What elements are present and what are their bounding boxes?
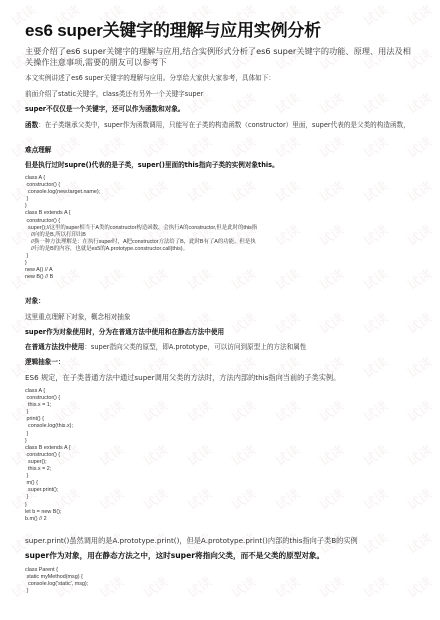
code-line: } (25, 473, 285, 480)
code-line: b.m() // 2 (25, 516, 285, 523)
watermark-text: 试读 (403, 0, 435, 30)
static-keyword-paragraph: 前面介绍了static关键字，class类还有另外一个关键字super (25, 89, 415, 99)
code-line: class B extends A { (25, 445, 285, 452)
code-line: } (25, 438, 285, 445)
code-line: } (25, 203, 285, 210)
watermark-text: 试读 (315, 395, 347, 425)
code-line: class A { (25, 175, 285, 182)
function-body: ：在子类继承父类中，super作为函数调用，只能写在子类的构造函数（constr… (38, 121, 410, 129)
watermark-text: 试读 (359, 571, 391, 601)
watermark-text: 试读 (315, 571, 347, 601)
function-lead: 函数 (25, 121, 38, 129)
watermark-text: 试读 (315, 439, 347, 469)
watermark-text: 试读 (403, 175, 435, 205)
print-note-paragraph: super.print()虽然调用的是A.prototype.print()，但… (25, 536, 415, 546)
watermark-text: 试读 (403, 219, 435, 249)
watermark-text: 试读 (403, 395, 435, 425)
watermark-text: 试读 (359, 483, 391, 513)
intro-paragraph: 本文实例讲述了es6 super关键字的理解与应用。分享给大家供大家参考，具体如… (25, 73, 415, 83)
code-block-1: class A { constructor() { console.log(ne… (25, 175, 285, 281)
page-title: es6 super关键字的理解与应用实例分析 (25, 16, 321, 41)
code-line: new B() // B (25, 274, 285, 281)
watermark-text: 试读 (359, 0, 391, 30)
code-line: this.x = 1; (25, 402, 285, 409)
code-line: } (25, 196, 285, 203)
watermark-text: 试读 (403, 483, 435, 513)
code-block-3: class Parent { static myMethod(msg) { co… (25, 567, 285, 595)
code-line: new A() // A (25, 267, 285, 274)
code-line: } (25, 588, 285, 595)
watermark-text: 试读 (359, 263, 391, 293)
function-paragraph: 函数：在子类继承父类中，super作为函数调用，只能写在子类的构造函数（cons… (25, 120, 415, 130)
code-line: super.print(); (25, 487, 285, 494)
object-intro-paragraph: 这里重点理解下对象，概念相对抽象 (25, 312, 415, 322)
code-line: constructor() { (25, 452, 285, 459)
code-line: } (25, 409, 285, 416)
code-line: } (25, 253, 285, 260)
code-line: static myMethod(msg) { (25, 574, 285, 581)
supre-this-paragraph: 但是执行过时supre()代表的是子类，super()里面的this指向子类的实… (25, 160, 415, 170)
code-line: super();//这里的super相当于A类的constructor构造函数，… (25, 225, 285, 232)
summary-paragraph: 主要介绍了es6 super关键字的理解与应用,结合实例形式分析了es6 sup… (25, 46, 415, 68)
code-block-2: class A { constructor() { this.x = 1; } … (25, 388, 285, 523)
logic-heading: 逻辑抽象一： (25, 357, 415, 367)
code-line: constructor() { (25, 395, 285, 402)
es6-rule-paragraph: ES6 规定，在子类普通方法中通过super调用父类的方法时，方法内部的this… (25, 373, 415, 383)
watermark-text: 试读 (315, 175, 347, 205)
difficulty-heading: 难点理解 (25, 145, 415, 155)
normal-method-paragraph: 在普通方法找中使用：super指向父类的原型，即A.prototype，可以访问… (25, 342, 415, 352)
object-usage-paragraph: super作为对象使用时，分为在普通方法中使用和在静态方法中使用 (25, 327, 415, 337)
code-line: console.log(new.target.name); (25, 189, 285, 196)
code-line: constructor() { (25, 218, 285, 225)
code-line: } (25, 494, 285, 501)
super-both-paragraph: super不仅仅是一个关键字，还可以作为函数和对象。 (25, 104, 415, 114)
code-line: class B extends A { (25, 210, 285, 217)
code-line: class A { (25, 388, 285, 395)
code-line: console.log('static', msg); (25, 581, 285, 588)
code-line: //行的是B的内容，也就是es5的A.prototype.constructor… (25, 246, 285, 253)
watermark-text: 试读 (403, 263, 435, 293)
watermark-text: 试读 (359, 439, 391, 469)
code-line: console.log(this.x); (25, 423, 285, 430)
static-usage-paragraph: super作为对象，用在静态方法之中，这时super将指向父类，而不是父类的原型… (25, 551, 415, 561)
watermark-text: 试读 (403, 439, 435, 469)
code-line: } (25, 502, 285, 509)
watermark-text: 试读 (315, 483, 347, 513)
code-line: } (25, 260, 285, 267)
code-line: //向的是B,所以打印出B (25, 232, 285, 239)
object-heading: 对象： (25, 296, 415, 306)
watermark-text: 试读 (359, 395, 391, 425)
normal-method-lead: 在普通方法找中使用 (25, 343, 84, 351)
watermark-text: 试读 (359, 175, 391, 205)
code-line: constructor() { (25, 182, 285, 189)
code-line: //换一种方法理解是：在执行super时，A把constructor方法给了B，… (25, 239, 285, 246)
watermark-text: 试读 (403, 571, 435, 601)
code-line: this.x = 2; (25, 466, 285, 473)
watermark-text: 试读 (315, 263, 347, 293)
code-line: super(); (25, 459, 285, 466)
code-line: class Parent { (25, 567, 285, 574)
code-line: print() { (25, 416, 285, 423)
code-line: let b = new B(); (25, 509, 285, 516)
watermark-text: 试读 (315, 219, 347, 249)
code-line: } (25, 431, 285, 438)
normal-method-body: ：super指向父类的原型，即A.prototype，可以访问到原型上的方法和属… (84, 343, 306, 351)
watermark-text: 试读 (359, 219, 391, 249)
code-line: m() { (25, 480, 285, 487)
